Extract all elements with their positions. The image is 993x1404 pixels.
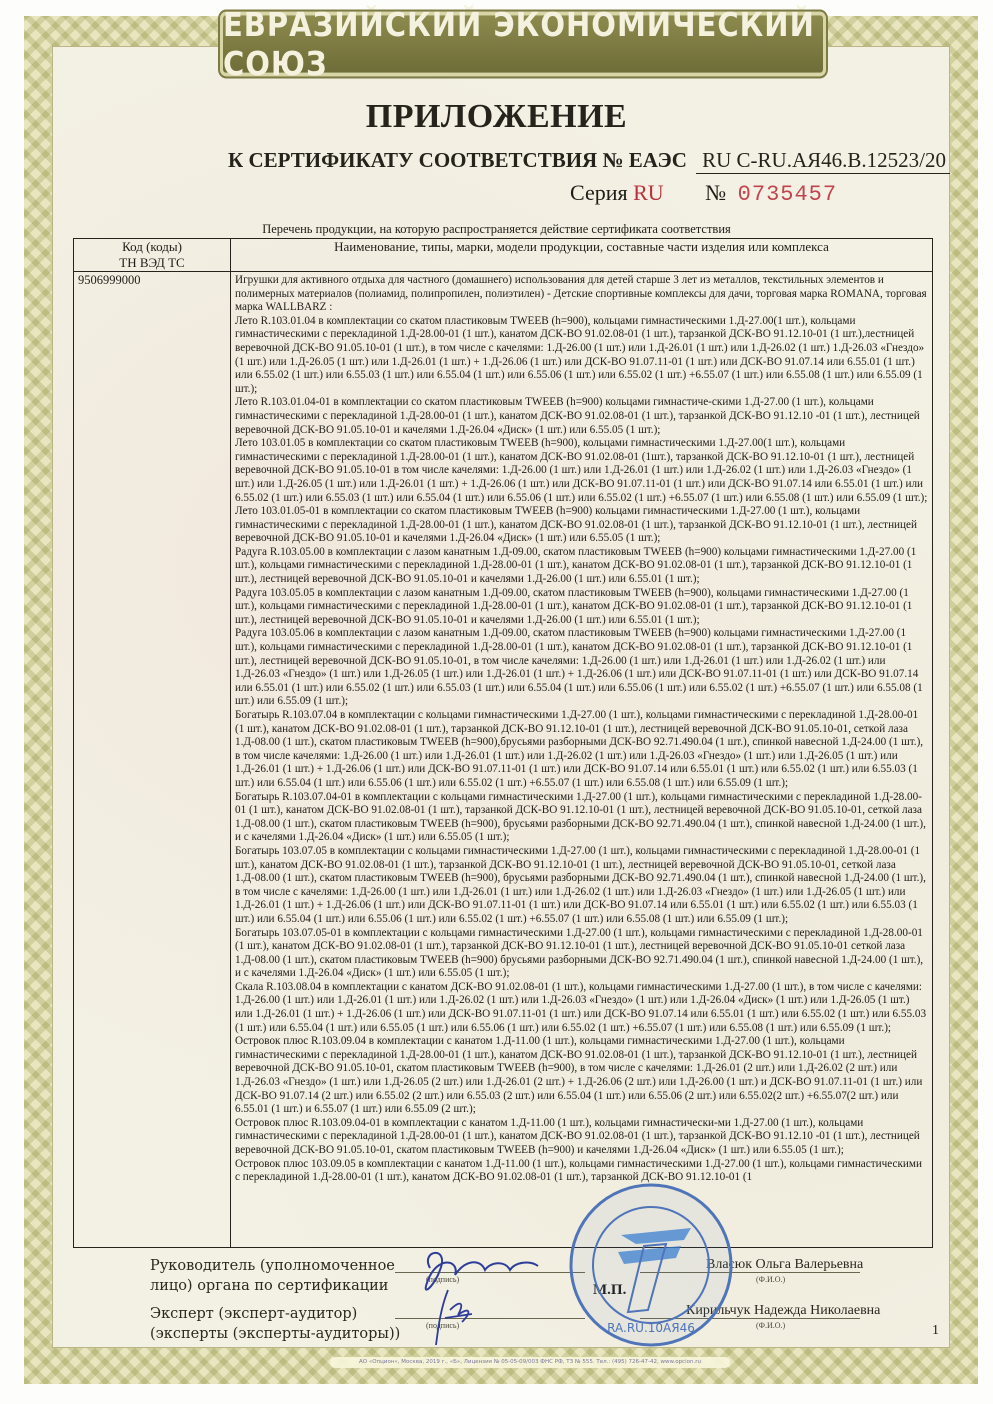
head-label: Руководитель (уполномоченное лицо) орган… (150, 1256, 395, 1296)
product-item: Богатырь 103.07.05-01 в комплектации с к… (235, 927, 928, 981)
header-code-line1: Код (коды) (78, 239, 226, 255)
table-row: 9506999000 Игрушки для активного отдыха … (74, 272, 933, 1248)
series-label: Серия (570, 180, 628, 205)
product-item: Радуга 103.05.05 в комплектации с лазом … (235, 587, 928, 628)
table-header-row: Код (коды) ТН ВЭД ТС Наименование, типы,… (74, 239, 933, 272)
product-item: Островок плюс R.103.09.04 в комплектации… (235, 1035, 928, 1117)
product-item: Скала R.103.08.04 в комплектации с канат… (235, 981, 928, 1035)
certificate-number: RU С-RU.АЯ46.В.12523/20 (696, 148, 950, 174)
product-description-cell: Игрушки для активного отдыха для частног… (231, 272, 933, 1248)
product-item: Островок плюс R.103.09.04-01 в комплекта… (235, 1117, 928, 1158)
form-number: 0735457 (738, 182, 837, 207)
form-series: Серия RU № 0735457 (570, 180, 837, 207)
header-code: Код (коды) ТН ВЭД ТС (74, 239, 231, 272)
product-item: Богатырь R.103.07.04-01 в комплектации с… (235, 791, 928, 845)
table-caption: Перечень продукции, на которую распростр… (0, 222, 993, 237)
product-item: Островок плюс 103.09.05 в комплектации с… (235, 1158, 928, 1185)
product-item: Богатырь R.103.07.04 в комплектации с ко… (235, 709, 928, 791)
product-item: Лето R.103.01.04 в комплектации со скато… (235, 315, 928, 397)
products-table: Код (коды) ТН ВЭД ТС Наименование, типы,… (73, 238, 933, 1248)
product-item: Богатырь 103.07.05 в комплектации с коль… (235, 845, 928, 927)
product-item: Лето 103.01.05 в комплектации со скатом … (235, 437, 928, 505)
expert-label: Эксперт (эксперт-аудитор) (эксперты (экс… (150, 1304, 400, 1344)
union-banner: ЕВРАЗИЙСКИЙ ЭКОНОМИЧЕСКИЙ СОЮЗ (220, 12, 826, 76)
expert-label-line2: (эксперты (эксперты-аудиторы)) (150, 1324, 400, 1344)
product-item: Радуга 103.05.06 в комплектации с лазом … (235, 627, 928, 709)
number-sign: № (705, 180, 726, 205)
head-label-line2: лицо) органа по сертификации (150, 1276, 395, 1296)
header-description: Наименование, типы, марки, модели продук… (231, 239, 933, 272)
series-value: RU (633, 180, 664, 205)
product-item: Лето 103.01.05-01 в комплектации со скат… (235, 505, 928, 546)
header-code-line2: ТН ВЭД ТС (78, 255, 226, 271)
hs-code-cell: 9506999000 (74, 272, 231, 1248)
product-list: Игрушки для активного отдыха для частног… (235, 274, 928, 1185)
product-group-intro: Игрушки для активного отдыха для частног… (235, 274, 928, 315)
certificate-subtitle: К СЕРТИФИКАТУ СООТВЕТСТВИЯ № ЕАЭС RU С-R… (228, 148, 950, 173)
product-item: Лето R.103.01.04-01 в комплектации со ск… (235, 396, 928, 437)
expert-label-line1: Эксперт (эксперт-аудитор) (150, 1304, 400, 1324)
page-title: ПРИЛОЖЕНИЕ (0, 98, 993, 136)
product-item: Радуга R.103.05.00 в комплектации с лазо… (235, 546, 928, 587)
head-label-line1: Руководитель (уполномоченное (150, 1256, 395, 1276)
subtitle-prefix: К СЕРТИФИКАТУ СООТВЕТСТВИЯ № ЕАЭС (228, 148, 687, 172)
